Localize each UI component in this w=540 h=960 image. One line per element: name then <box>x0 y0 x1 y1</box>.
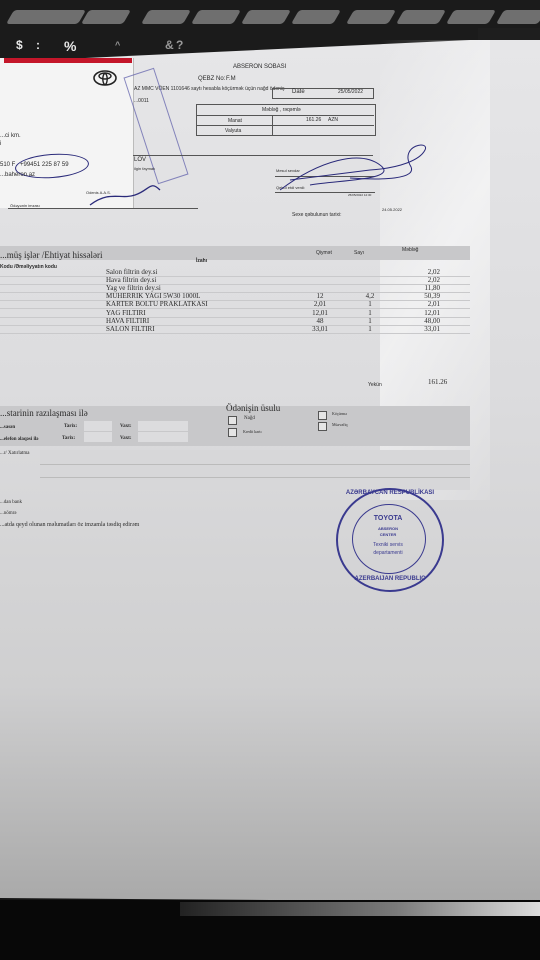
key <box>291 10 341 24</box>
card-line2: i <box>0 141 1 147</box>
card-phone-prefix: 510 F <box>0 162 15 168</box>
line-item-description: HAVA FILTIRI <box>106 317 149 325</box>
checkbox-cash[interactable] <box>228 416 237 425</box>
line-item-total: 48,00 <box>400 317 440 325</box>
stamp-center-line4: Texniki servis <box>360 542 416 548</box>
line-item-price: 12 <box>300 292 340 300</box>
divider <box>40 464 470 465</box>
line-item-total: 2,02 <box>400 268 440 276</box>
fabric-edge <box>180 902 540 916</box>
column-header-description: İzahı <box>196 258 207 264</box>
table-row-divider <box>0 333 470 334</box>
line-item-qty: 1 <box>352 325 388 333</box>
line-item-total: 11,80 <box>400 284 440 292</box>
line-item-qty: 4,2 <box>352 292 388 300</box>
stamp-center-brand: TOYOTA <box>360 515 416 522</box>
line-item-price: 2,01 <box>300 300 340 308</box>
line-item-total: 50,39 <box>400 292 440 300</box>
line-item-description: MUHERRIK YAGI 5W30 1000L <box>106 292 200 300</box>
payment-option-credit-card: Kredit kartı <box>243 429 262 434</box>
company-name: ABSERON SOBASI <box>233 64 286 70</box>
key <box>141 10 191 24</box>
date-label: Date <box>292 89 305 95</box>
line-item-qty: 1 <box>352 317 388 325</box>
stamp-outer-top: AZƏRBAYCAN RESPUBLİKASI <box>345 490 435 496</box>
column-header-qty: Sayı <box>354 250 364 256</box>
key-question: ? <box>176 38 183 52</box>
key <box>396 10 446 24</box>
date-value: 25/05/2022 <box>338 89 363 95</box>
date-label-1: Tarix: <box>64 424 77 429</box>
key <box>346 10 396 24</box>
footer-number: ...nömrə <box>0 511 17 516</box>
line-item-price: 33,01 <box>300 325 340 333</box>
line-item-qty: 1 <box>352 300 388 308</box>
checkbox-transfer[interactable] <box>318 411 327 420</box>
stamp-center-line2: ABSERON <box>360 526 416 531</box>
divider <box>196 125 374 126</box>
amount-row-label: Manat <box>228 118 242 124</box>
key <box>496 10 540 24</box>
key <box>191 10 241 24</box>
doc-number: F.M <box>226 76 236 82</box>
key <box>241 10 291 24</box>
key <box>28 10 86 24</box>
valyuta-label: Valyuta <box>225 128 241 134</box>
line-item-total: 2,02 <box>400 276 440 284</box>
card-website: ...baheron.az <box>0 172 35 178</box>
table-section-title: ...müş işlər /Ehtiyat hissələri <box>0 250 103 260</box>
agreement-title: ...starinin razılaşması ilə <box>0 408 88 418</box>
divider <box>40 477 470 478</box>
line-item-description: Hava filtrin dey.si <box>106 276 156 284</box>
date-input-2[interactable] <box>84 432 112 442</box>
line-item-description: Yag ve filtrin dey.si <box>106 284 161 292</box>
checkbox-credit-card[interactable] <box>228 428 237 437</box>
date-input-1[interactable] <box>84 421 112 431</box>
amount-table-title: Məbləğ , rəqəmlə <box>262 107 301 113</box>
line-item-total: 12,01 <box>400 309 440 317</box>
time-label-2: Vaxt: <box>120 436 131 441</box>
agreement-row1-label: ...sasən <box>0 425 15 430</box>
stamp-center-line3: CENTER <box>360 532 416 537</box>
card-line1: ...ci km. <box>0 133 21 139</box>
divider <box>196 115 374 116</box>
payment-method-title: Ödənişin üsulu <box>226 403 280 413</box>
line-item-total: 2,01 <box>400 300 440 308</box>
payment-option-cash: Nağd <box>244 416 255 421</box>
line-item-description: SALON FILTIRI <box>106 325 155 333</box>
checkbox-other[interactable] <box>318 422 327 431</box>
key-colon: : <box>36 38 40 52</box>
footer-bank: ...dan bank <box>0 500 22 505</box>
line-item-description: KARTER BOLTU PRAKLATKASI <box>106 300 208 308</box>
line-item-price: 12,01 <box>300 309 340 317</box>
amount-value: 161.26 <box>306 117 321 123</box>
key-caret: ^ <box>115 40 120 50</box>
total-value: 161.26 <box>428 378 447 386</box>
agreement-row2-label: ...elefon əlaqəsi ilə <box>0 437 38 442</box>
footer-confirmation: ...atda qeyd olunan məlumatları öz imzam… <box>0 522 139 528</box>
doc-number-label: QEBZ No: <box>198 76 225 82</box>
column-header-total: Məbləğ <box>402 247 418 253</box>
line-item-qty: 1 <box>352 309 388 317</box>
key-dollar: $ <box>16 38 23 52</box>
amount-currency: AZN <box>328 117 338 123</box>
toyota-logo-icon <box>93 70 117 86</box>
divider <box>272 115 273 135</box>
time-input-1[interactable] <box>138 421 188 431</box>
payment-option-other: Müəvafiq <box>332 422 348 427</box>
column-header-price: Qiymət <box>316 250 332 256</box>
handwritten-signature-icon <box>80 140 440 215</box>
code-column-header: Kodu /Əməliyyatın kodu <box>0 264 57 270</box>
payment-option-transfer: Köçürmə <box>332 411 347 416</box>
line-item-description: Salon filtrin dey.si <box>106 268 157 276</box>
card-red-bar <box>4 58 132 63</box>
line-item-price: 48 <box>300 317 340 325</box>
key-percent: % <box>64 38 76 54</box>
time-label-1: Vaxt: <box>120 424 131 429</box>
total-label: Yekün <box>368 382 382 388</box>
time-input-2[interactable] <box>138 432 188 442</box>
line-item-total: 33,01 <box>400 325 440 333</box>
stamp-center-line5: departamenti <box>360 550 416 556</box>
notes-label: ...r/ Xatırlatma <box>0 451 29 456</box>
line-item-description: YAG FILTIRI <box>106 309 146 317</box>
key <box>446 10 496 24</box>
key <box>81 10 131 24</box>
key-ampersand: & <box>165 38 174 52</box>
stamp-outer-bottom: AZERBAIJAN REPUBLIC <box>345 576 435 582</box>
date-label-2: Tarix: <box>62 436 75 441</box>
notes-field[interactable] <box>40 450 470 490</box>
